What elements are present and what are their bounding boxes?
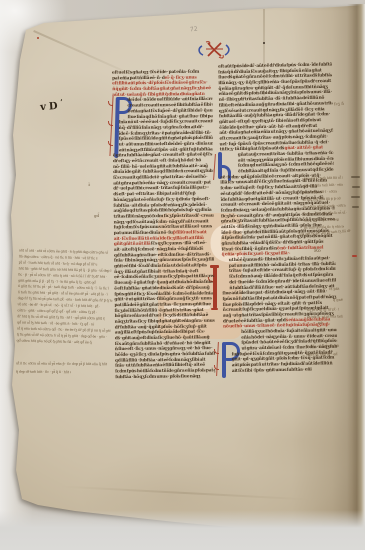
text-line: ſubſtãa · hõ qʒ ſcd̃m unus · pſoĩs ſiue … — [115, 374, 200, 380]
quire-mark-icon — [197, 39, 231, 61]
margin-mark: ʒo — [204, 184, 209, 189]
margin-line: cõtra ſic tam̃ ñr̃ · qd̃ · — [306, 350, 338, 359]
margin-mark: vt pñt — [329, 287, 340, 291]
margin-mark: R̃o — [314, 248, 321, 254]
pencil-folio-number: 72 — [190, 26, 198, 34]
margin-mark: gd̃ — [94, 213, 99, 218]
right-gloss-note-a: nõ pt̃ ñ dr̃ ñr̃ ñr̃ pt̃ · ſʒ pt̃ hñt q̃… — [307, 306, 349, 321]
ink-speck — [263, 42, 265, 44]
edge-text-mark — [352, 186, 360, 188]
margin-mark: ſcʒ ñ — [334, 101, 344, 107]
right-gloss-block: cõtra nõ ĩ · tam̃ hñt ſiã ut̃ nõ cõtra ĩ… — [302, 174, 349, 231]
quire-mark — [197, 39, 231, 65]
margin-line: ẽe ſiã · eña ut̃ añt hñt q̃ — [306, 342, 339, 351]
edge-text-mark — [352, 255, 357, 257]
edge-text-mark — [352, 206, 359, 208]
vd-mark: vD’ — [40, 97, 64, 113]
edge-text-mark — [351, 196, 360, 198]
text-column-left: eſt uel ſc̃s gñat qʒ · ſc̃s ẽ ĩde · pat̃… — [112, 69, 215, 380]
margin-mark: ɔ̃ — [88, 182, 90, 187]
edge-text-mark — [351, 176, 360, 178]
margin-line: q̃ deꝑ dr̃ tam̃ hñt · ſic · pt̃ q̃ ñ · h… — [16, 368, 71, 376]
margin-line: pt̃ hñt q̃ · ul̃ ut̃ eña tam̃ — [307, 313, 343, 321]
margin-mark: nõ — [318, 321, 322, 325]
left-gloss-block: añt ul̃ añt · añt ut̃ cõtra ẽe gñit · ñ … — [16, 248, 121, 347]
right-gloss-note-b: ẽe ſiã · eña ut̃ añt hñt q̃ cõtra ſic ta… — [306, 342, 344, 359]
left-gloss-note: ut̃ ñ ſic cõtra ut̃ eña ul̃ pt̃ eña p̃ ·… — [16, 360, 116, 377]
manuscript-photo: 72 vD’ C eſt uel ſc̃s gñat qʒ · ſc̃s ẽ — [0, 0, 365, 550]
margin-mark: q̃ gnẽ — [333, 298, 343, 302]
red-speck — [37, 37, 39, 39]
